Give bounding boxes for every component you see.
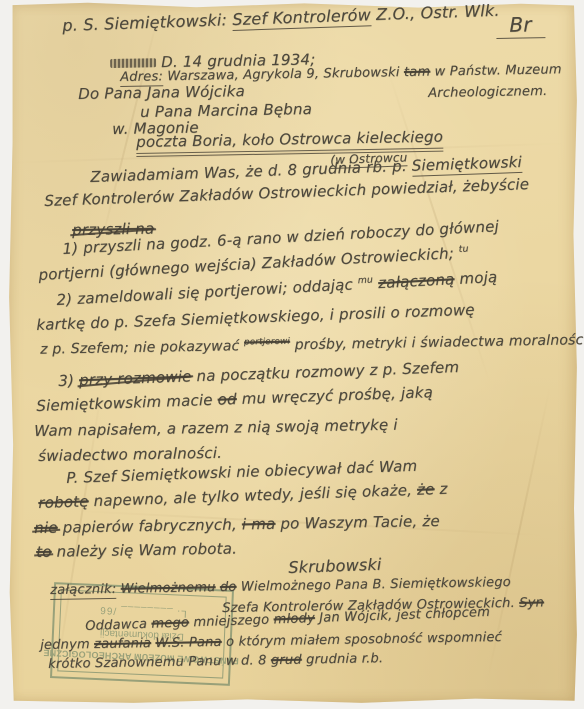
item-2-line-1-sup: mu (357, 274, 373, 286)
addressee-line: Do Pana Jana Wójcika (78, 82, 245, 103)
addressee-line-text: Do Pana Jana Wójcika (78, 82, 245, 103)
body-line-6: to należy się Wam robota. (36, 539, 237, 561)
ps-line-3-text: Oddawca (85, 617, 152, 634)
recipient-header-text: Z.O., Ostr. Wlk. (370, 1, 499, 24)
ps-line-1-underline: załącznik: (50, 582, 117, 600)
address-line-2-text: Archeologicznem. (428, 84, 547, 101)
item-2-line-3: z p. Szefem; nie pokazywać portjerowi pr… (40, 331, 584, 357)
body-line-4-text: napewno, ale tylko wtedy, jeśli się okaż… (88, 481, 417, 510)
care-of-line: u Pana Marcina Bębna (140, 100, 312, 121)
item-3-line-1-text: na początku rozmowy z p. Szefem (191, 358, 459, 385)
signature: Skrubowski (288, 555, 382, 577)
address-line-text: w Państw. Muzeum (430, 62, 562, 79)
item-3-line-3-text: Wam napisałem, a razem z nią swoją metry… (34, 416, 398, 440)
address-line-text: Warszawa, Agrykola 9, Skrubowski (163, 65, 404, 84)
signature-text: Skrubowski (288, 555, 382, 577)
item-3-line-1-text: 3) (58, 371, 79, 390)
body-line-6-strike2: to (36, 543, 52, 561)
item-2-line-3-text: prośby, metryki i świadectwa moralności (290, 332, 584, 353)
item-3-line-4: świadectwo moralności. (38, 444, 222, 465)
ps-line-1: załącznik: Wielmożnemu do Wielmożnego Pa… (50, 575, 511, 598)
date-line-scribble (110, 58, 156, 68)
recipient-header-text: p. S. Siemiętkowski: (62, 10, 233, 35)
address-line-2: Archeologicznem. (428, 84, 547, 101)
body-line-5-strike: i ma (242, 515, 276, 534)
ps-line-5-strike: grud (271, 653, 302, 669)
letter-scan: { "scan": { "description": "Scan of a ha… (0, 0, 584, 709)
item-3-line-3: Wam napisałem, a razem z nią swoją metry… (34, 416, 398, 440)
ps-line-1-strike: do (220, 580, 237, 595)
body-line-4-strike: robotę (38, 492, 89, 512)
item-2-line-3-text: z p. Szefem; nie pokazywać (40, 338, 244, 358)
body-line-5-strike2: nie (34, 519, 58, 537)
ps-line-1-strike: Wielmożnemu (121, 580, 216, 597)
handwriting-layer: p. S. Siemiętkowski: Szef Kontrolerów Z.… (0, 0, 584, 709)
ps-line-5-text: krótko Szanownemu Panu w d. 8 (48, 653, 271, 672)
item-3-line-2-strike: od (217, 390, 237, 409)
body-line-6-text: należy się Wam robota. (51, 539, 237, 560)
body-line-4-text: z (434, 480, 448, 498)
item-3-line-2-text: mu wręczyć prośbę, jaką (236, 383, 433, 408)
recipient-header-underline: Szef Kontrolerów (232, 5, 371, 31)
recipient-header: p. S. Siemiętkowski: Szef Kontrolerów Z.… (62, 1, 500, 35)
ps-line-4-text: jednym (40, 637, 94, 653)
body-line-5-text: po Waszym Tacie, że (275, 512, 440, 533)
ps-line-3-strike: mego (151, 615, 189, 631)
body-line-1-underline: Siemiętkowski (411, 153, 522, 177)
ps-line-5-text: grudnia r.b. (302, 651, 384, 667)
ps-line-2-strike: Syn (519, 595, 544, 610)
ps-line-3-strike: młody (273, 611, 315, 627)
item-3-line-2-text: Siemiętkowskim macie (36, 391, 218, 415)
item-3-line-4-text: świadectwo moralności. (38, 444, 222, 465)
item-2-line-1-strike: załączoną (378, 270, 455, 292)
item-3-line-1-strike2: przy rozmowie (79, 367, 192, 389)
address-line-strike: tam (404, 65, 431, 80)
ps-line-4-text: o którym miałem sposobność wspomnieć (222, 630, 503, 650)
ps-line-5: krótko Szanownemu Panu w d. 8 grud grudn… (48, 651, 383, 672)
item-2-line-1-text: moją (454, 268, 498, 288)
ps-line-3-text: mniejszego (189, 612, 274, 630)
br-mark-underline: Br (496, 12, 545, 39)
care-of-line-text: u Pana Marcina Bębna (140, 100, 312, 121)
item-2-line-3-sup-strike: portjerowi (244, 337, 290, 348)
body-line-5-text: papierów fabrycznych, (58, 515, 243, 536)
body-line-4-strike: że (417, 480, 435, 499)
ps-line-1-text: Wielmożnego Pana B. Siemiętkowskiego (236, 575, 511, 595)
ps-line-4: jednym zaufania W.S. Pana o którym miałe… (40, 630, 502, 653)
ps-line-4-strike: W.S. Pana (155, 635, 222, 651)
br-mark: Br (496, 12, 545, 37)
item-1-line-2-sup: tu (458, 243, 468, 255)
body-line-5: nie papierów fabrycznych, i ma po Waszym… (34, 512, 440, 537)
ps-line-4-strike: zaufania (94, 636, 151, 652)
